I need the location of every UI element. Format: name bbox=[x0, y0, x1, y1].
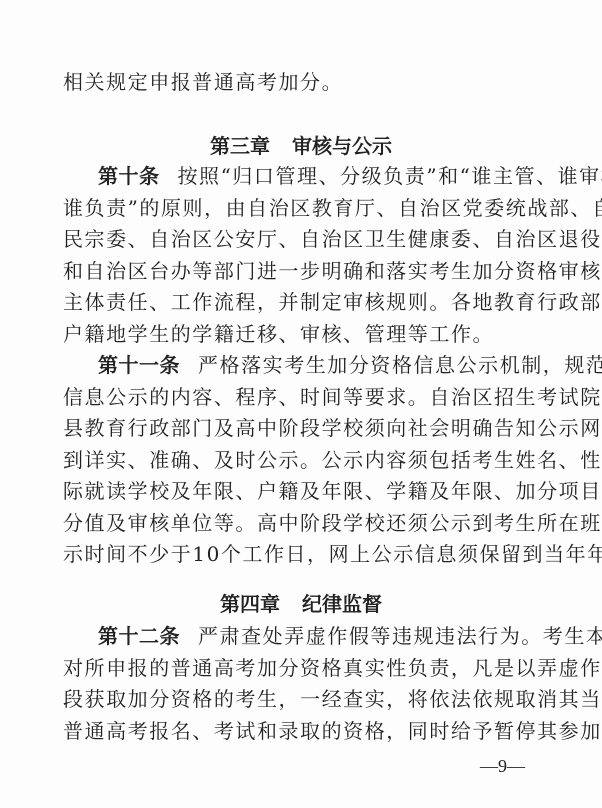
chapter-3-title: 审核与公示 bbox=[292, 134, 392, 158]
chapter-4-title: 纪律监督 bbox=[302, 592, 382, 616]
chapter-4-number: 第四章 bbox=[220, 592, 280, 616]
article-12-line-2: 对所申报的普通高考加分资格真实性负责，凡是以弄虚作假等手 bbox=[63, 656, 537, 680]
article-10-line-6: 户籍地学生的学籍迁移、审核、管理等工作。 bbox=[63, 322, 537, 346]
article-12-line-1: 第十二条严肃查处弄虚作假等违规违法行为。考生本人须 bbox=[98, 624, 537, 648]
article-10-label: 第十条 bbox=[98, 164, 160, 188]
article-10-line-5: 主体责任、工作流程，并制定审核规则。各地教育行政部门负责 bbox=[63, 290, 537, 314]
article-10-line-1: 第十条按照“归口管理、分级负责”和“谁主管、谁审核、 bbox=[98, 164, 537, 188]
article-12-line-4: 普通高考报名、考试和录取的资格，同时给予暂停其参加各种国 bbox=[63, 719, 537, 743]
page-number: —9— bbox=[480, 756, 525, 777]
article-10-line-4: 和自治区台办等部门进一步明确和落实考生加分资格审核中的 bbox=[63, 259, 537, 283]
article-12-label: 第十二条 bbox=[98, 624, 180, 648]
article-11-line-2: 信息公示的内容、程序、时间等要求。自治区招生考试院、市、 bbox=[63, 385, 537, 409]
chapter-3-number: 第三章 bbox=[210, 134, 270, 158]
document-page: 相关规定申报普通高考加分。 第三章审核与公示 第十条按照“归口管理、分级负责”和… bbox=[0, 0, 602, 808]
article-11-line-5: 际就读学校及年限、户籍及年限、学籍及年限、加分项目、加分 bbox=[63, 479, 537, 503]
chapter-4-heading: 第四章纪律监督 bbox=[0, 592, 602, 616]
article-11-label: 第十一条 bbox=[98, 353, 180, 377]
article-11-line-3: 县教育行政部门及高中阶段学校须向社会明确告知公示网站，做 bbox=[63, 416, 537, 440]
article-11-line-6: 分值及审核单位等。高中阶段学校还须公示到考生所在班级。公 bbox=[63, 511, 537, 535]
article-11-line-1: 第十一条严格落实考生加分资格信息公示机制，规范考生 bbox=[98, 353, 537, 377]
article-11-line-7: 示时间不少于10个工作日，网上公示信息须保留到当年年底。 bbox=[63, 542, 537, 566]
article-10-line-2: 谁负责”的原则，由自治区教育厅、自治区党委统战部、自治区 bbox=[63, 196, 537, 220]
article-10-line-3: 民宗委、自治区公安厅、自治区卫生健康委、自治区退役军人厅 bbox=[63, 227, 537, 251]
article-11-line-4: 到详实、准确、及时公示。公示内容须包括考生姓名、性别、实 bbox=[63, 448, 537, 472]
chapter-3-heading: 第三章审核与公示 bbox=[0, 134, 602, 158]
carry-over-line: 相关规定申报普通高考加分。 bbox=[63, 70, 537, 94]
article-12-line-3: 段获取加分资格的考生，一经查实，将依法依规取消其当年参加 bbox=[63, 687, 537, 711]
